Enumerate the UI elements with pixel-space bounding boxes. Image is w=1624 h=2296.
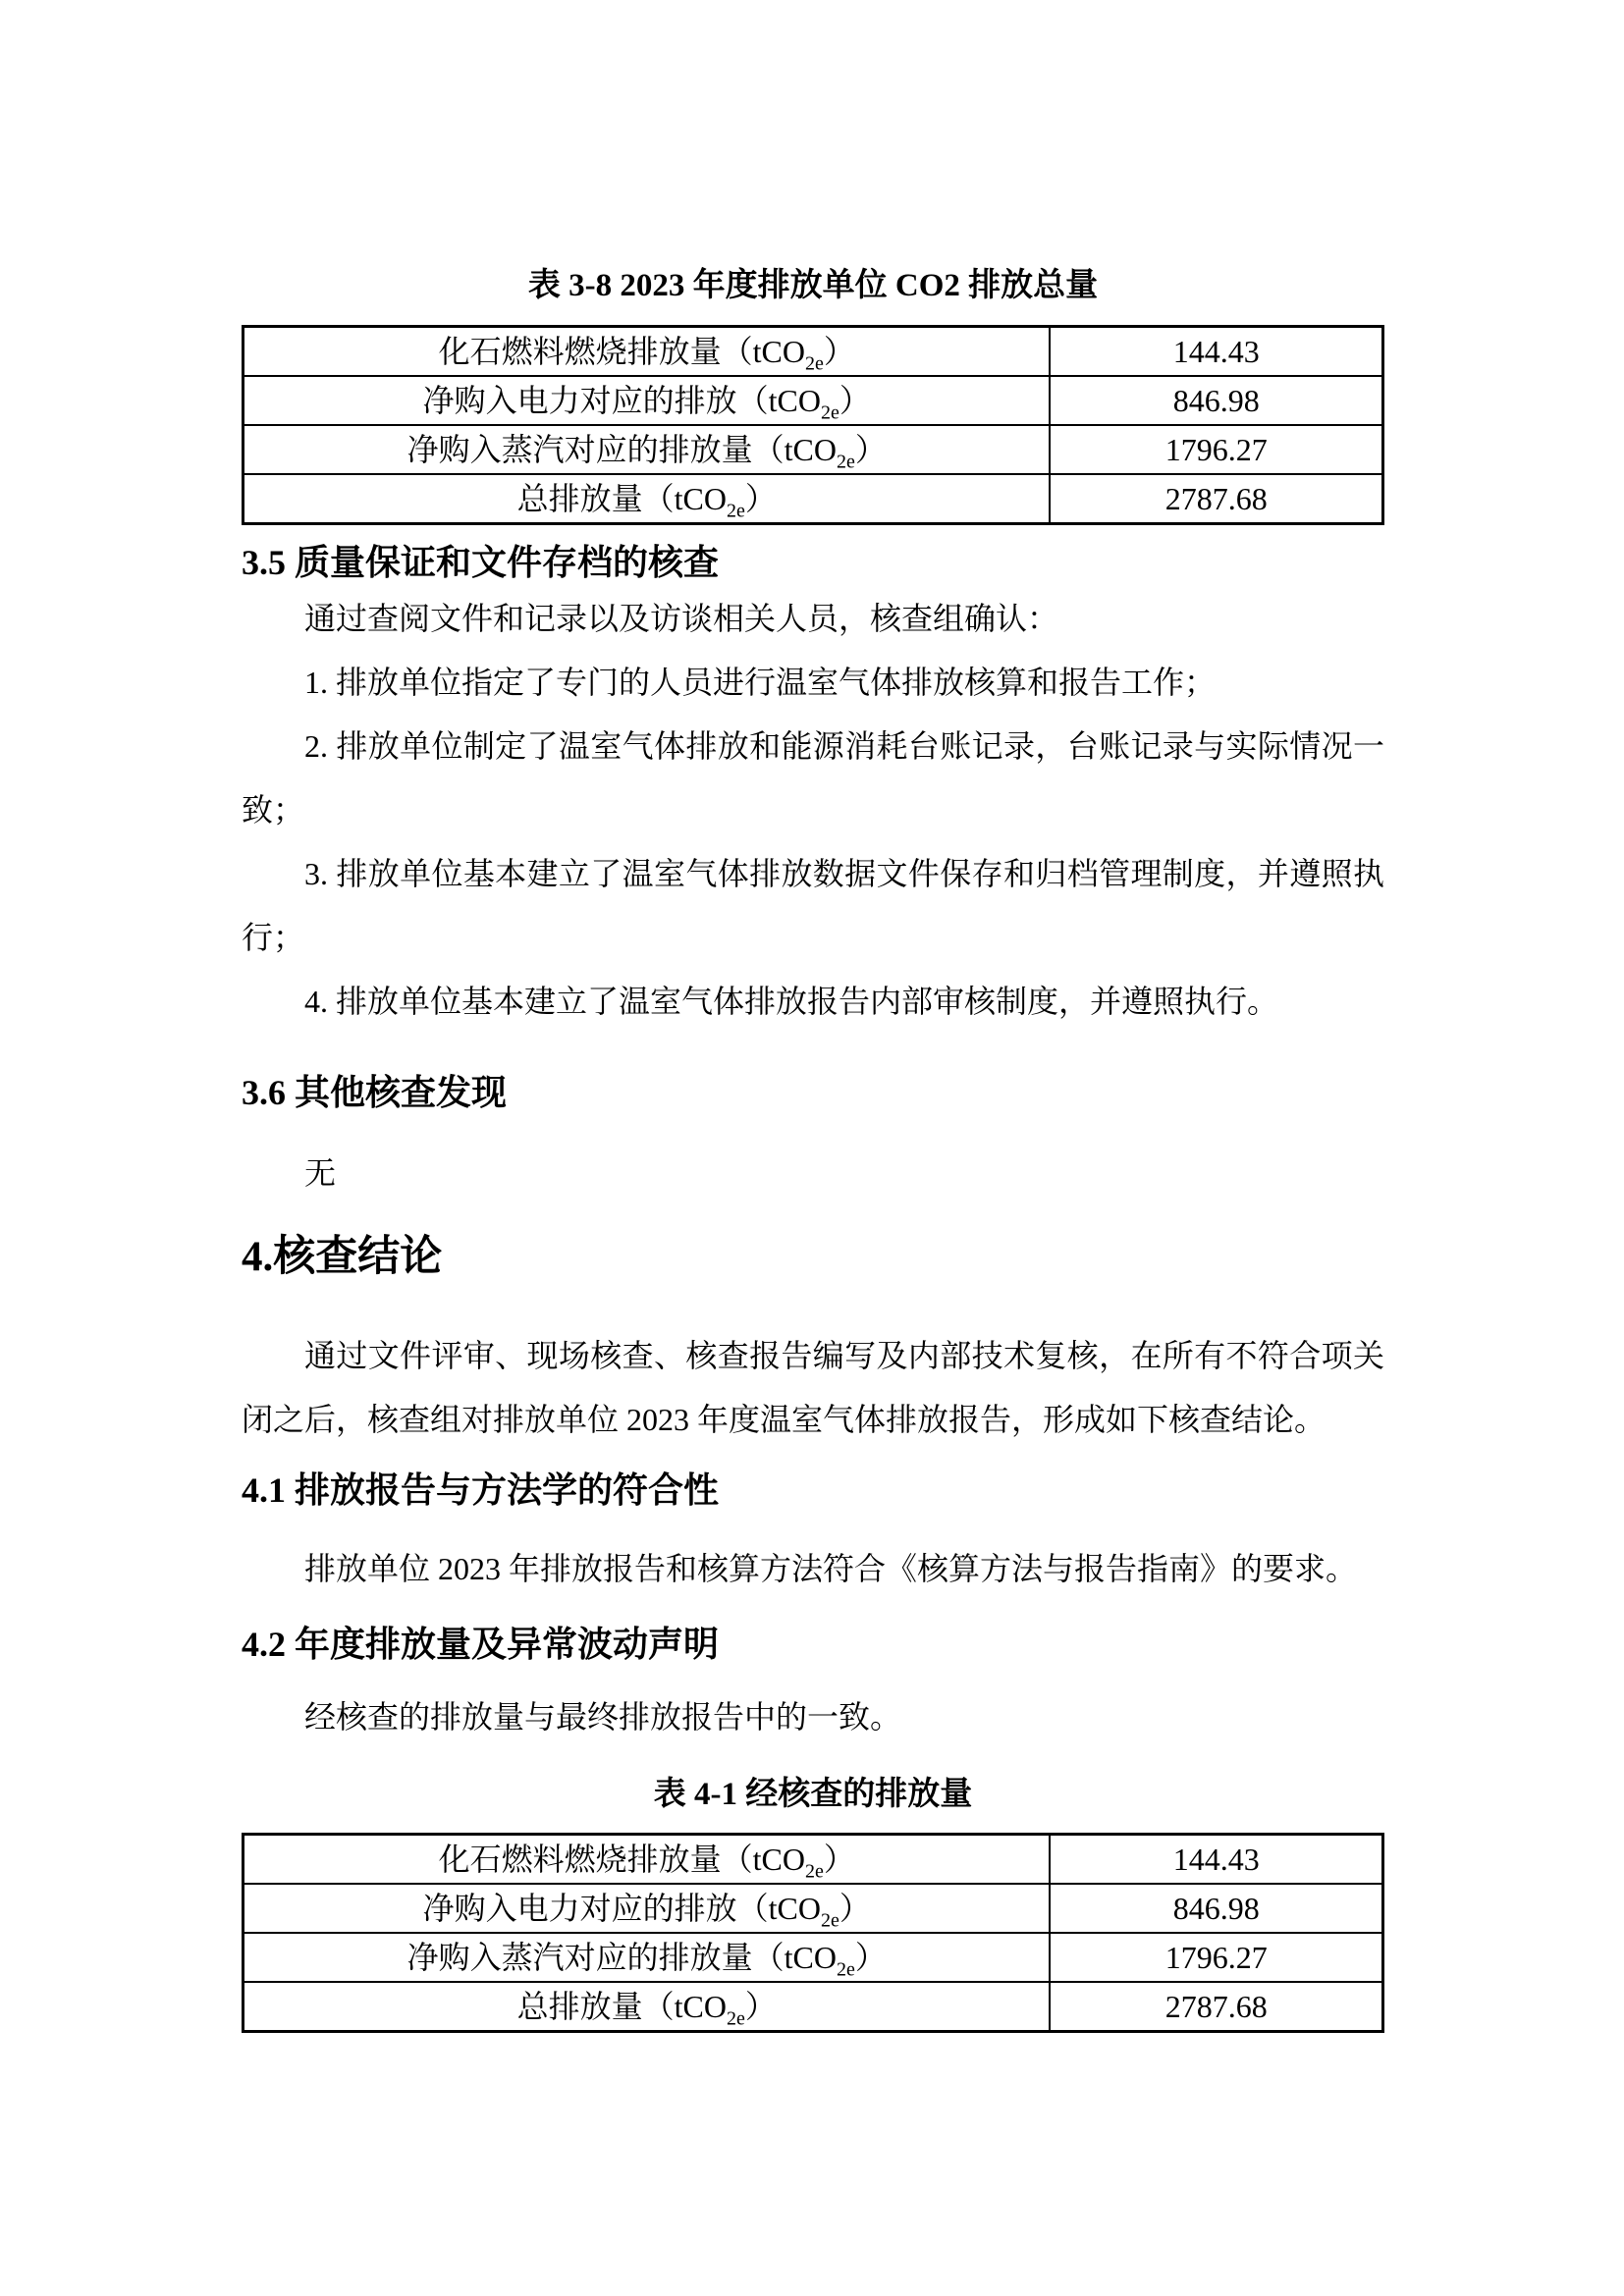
row-label-close: ） xyxy=(745,1989,777,2024)
row-label-close: ） xyxy=(855,432,887,467)
row-label-text: 净购入电力对应的排放（tCO xyxy=(423,1891,821,1926)
paragraph-3-5-intro: 通过查阅文件和记录以及访谈相关人员，核查组确认： xyxy=(242,587,1384,651)
row-value: 2787.68 xyxy=(1050,474,1382,524)
table-row: 净购入蒸汽对应的排放量（tCO2e） 1796.27 xyxy=(244,1933,1383,1982)
unit-subscript: 2e xyxy=(805,1860,824,1882)
row-label: 净购入电力对应的排放（tCO2e） xyxy=(244,376,1051,425)
emissions-table-4-1: 化石燃料燃烧排放量（tCO2e） 144.43 净购入电力对应的排放（tCO2e… xyxy=(242,1833,1384,2033)
paragraph-3-5-item-1: 1. 排放单位指定了专门的人员进行温室气体排放核算和报告工作； xyxy=(242,651,1384,715)
chapter-heading-4: 4.核查结论 xyxy=(242,1230,1384,1285)
table-row: 净购入电力对应的排放（tCO2e） 846.98 xyxy=(244,1884,1383,1933)
row-label-text: 总排放量（tCO xyxy=(517,481,727,516)
row-label-close: ） xyxy=(824,334,855,369)
paragraph-3-6-body: 无 xyxy=(242,1142,1384,1205)
unit-subscript: 2e xyxy=(837,1958,855,1980)
table-row: 化石燃料燃烧排放量（tCO2e） 144.43 xyxy=(244,327,1383,377)
row-value: 2787.68 xyxy=(1050,1982,1382,2032)
page-content: 表 3-8 2023 年度排放单位 CO2 排放总量 化石燃料燃烧排放量（tCO… xyxy=(0,265,1624,2033)
paragraph-4-1-body: 排放单位 2023 年排放报告和核算方法符合《核算方法与报告指南》的要求。 xyxy=(242,1537,1384,1601)
row-label-text: 化石燃料燃烧排放量（tCO xyxy=(439,1842,805,1877)
row-label-close: ） xyxy=(855,1940,887,1975)
row-label: 净购入蒸汽对应的排放量（tCO2e） xyxy=(244,1933,1051,1982)
row-label-close: ） xyxy=(839,1891,871,1926)
unit-subscript: 2e xyxy=(821,401,839,423)
emissions-table-3-8: 化石燃料燃烧排放量（tCO2e） 144.43 净购入电力对应的排放（tCO2e… xyxy=(242,325,1384,525)
row-label-text: 净购入蒸汽对应的排放量（tCO xyxy=(407,1940,837,1975)
row-label-close: ） xyxy=(839,383,871,418)
unit-subscript: 2e xyxy=(727,500,745,521)
section-heading-4-1: 4.1 排放报告与方法学的符合性 xyxy=(242,1466,1384,1515)
row-value: 1796.27 xyxy=(1050,1933,1382,1982)
row-label-text: 化石燃料燃烧排放量（tCO xyxy=(439,334,805,369)
row-label: 净购入蒸汽对应的排放量（tCO2e） xyxy=(244,425,1051,474)
row-label-text: 总排放量（tCO xyxy=(517,1989,727,2024)
row-label-text: 净购入电力对应的排放（tCO xyxy=(423,383,821,418)
table-row: 净购入蒸汽对应的排放量（tCO2e） 1796.27 xyxy=(244,425,1383,474)
row-label: 总排放量（tCO2e） xyxy=(244,474,1051,524)
row-label: 净购入电力对应的排放（tCO2e） xyxy=(244,1884,1051,1933)
row-label-close: ） xyxy=(745,481,777,516)
row-label: 总排放量（tCO2e） xyxy=(244,1982,1051,2032)
paragraph-3-5-item-4: 4. 排放单位基本建立了温室气体排放报告内部审核制度，并遵照执行。 xyxy=(242,970,1384,1034)
row-label-close: ） xyxy=(824,1842,855,1877)
row-value: 144.43 xyxy=(1050,1835,1382,1885)
row-value: 846.98 xyxy=(1050,376,1382,425)
row-label-text: 净购入蒸汽对应的排放量（tCO xyxy=(407,432,837,467)
row-value: 144.43 xyxy=(1050,327,1382,377)
paragraph-4-2-body: 经核查的排放量与最终排放报告中的一致。 xyxy=(242,1685,1384,1749)
table-row: 净购入电力对应的排放（tCO2e） 846.98 xyxy=(244,376,1383,425)
row-value: 1796.27 xyxy=(1050,425,1382,474)
unit-subscript: 2e xyxy=(805,352,824,374)
row-value: 846.98 xyxy=(1050,1884,1382,1933)
unit-subscript: 2e xyxy=(837,451,855,472)
table-row: 总排放量（tCO2e） 2787.68 xyxy=(244,1982,1383,2032)
paragraph-3-5-item-3: 3. 排放单位基本建立了温室气体排放数据文件保存和归档管理制度，并遵照执行； xyxy=(242,842,1384,970)
table-caption-4-1: 表 4-1 经核查的排放量 xyxy=(242,1774,1384,1815)
table-caption-3-8: 表 3-8 2023 年度排放单位 CO2 排放总量 xyxy=(242,265,1384,306)
section-heading-4-2: 4.2 年度排放量及异常波动声明 xyxy=(242,1620,1384,1669)
row-label: 化石燃料燃烧排放量（tCO2e） xyxy=(244,1835,1051,1885)
unit-subscript: 2e xyxy=(727,2007,745,2029)
section-heading-3-6: 3.6 其他核查发现 xyxy=(242,1068,1384,1117)
paragraph-3-5-item-2: 2. 排放单位制定了温室气体排放和能源消耗台账记录，台账记录与实际情况一致； xyxy=(242,715,1384,842)
unit-subscript: 2e xyxy=(821,1909,839,1931)
section-heading-3-5: 3.5 质量保证和文件存档的核查 xyxy=(242,538,1384,587)
table-row: 总排放量（tCO2e） 2787.68 xyxy=(244,474,1383,524)
row-label: 化石燃料燃烧排放量（tCO2e） xyxy=(244,327,1051,377)
document-page: 表 3-8 2023 年度排放单位 CO2 排放总量 化石燃料燃烧排放量（tCO… xyxy=(0,0,1624,2296)
table-row: 化石燃料燃烧排放量（tCO2e） 144.43 xyxy=(244,1835,1383,1885)
paragraph-4-intro: 通过文件评审、现场核查、核查报告编写及内部技术复核，在所有不符合项关闭之后，核查… xyxy=(242,1324,1384,1452)
